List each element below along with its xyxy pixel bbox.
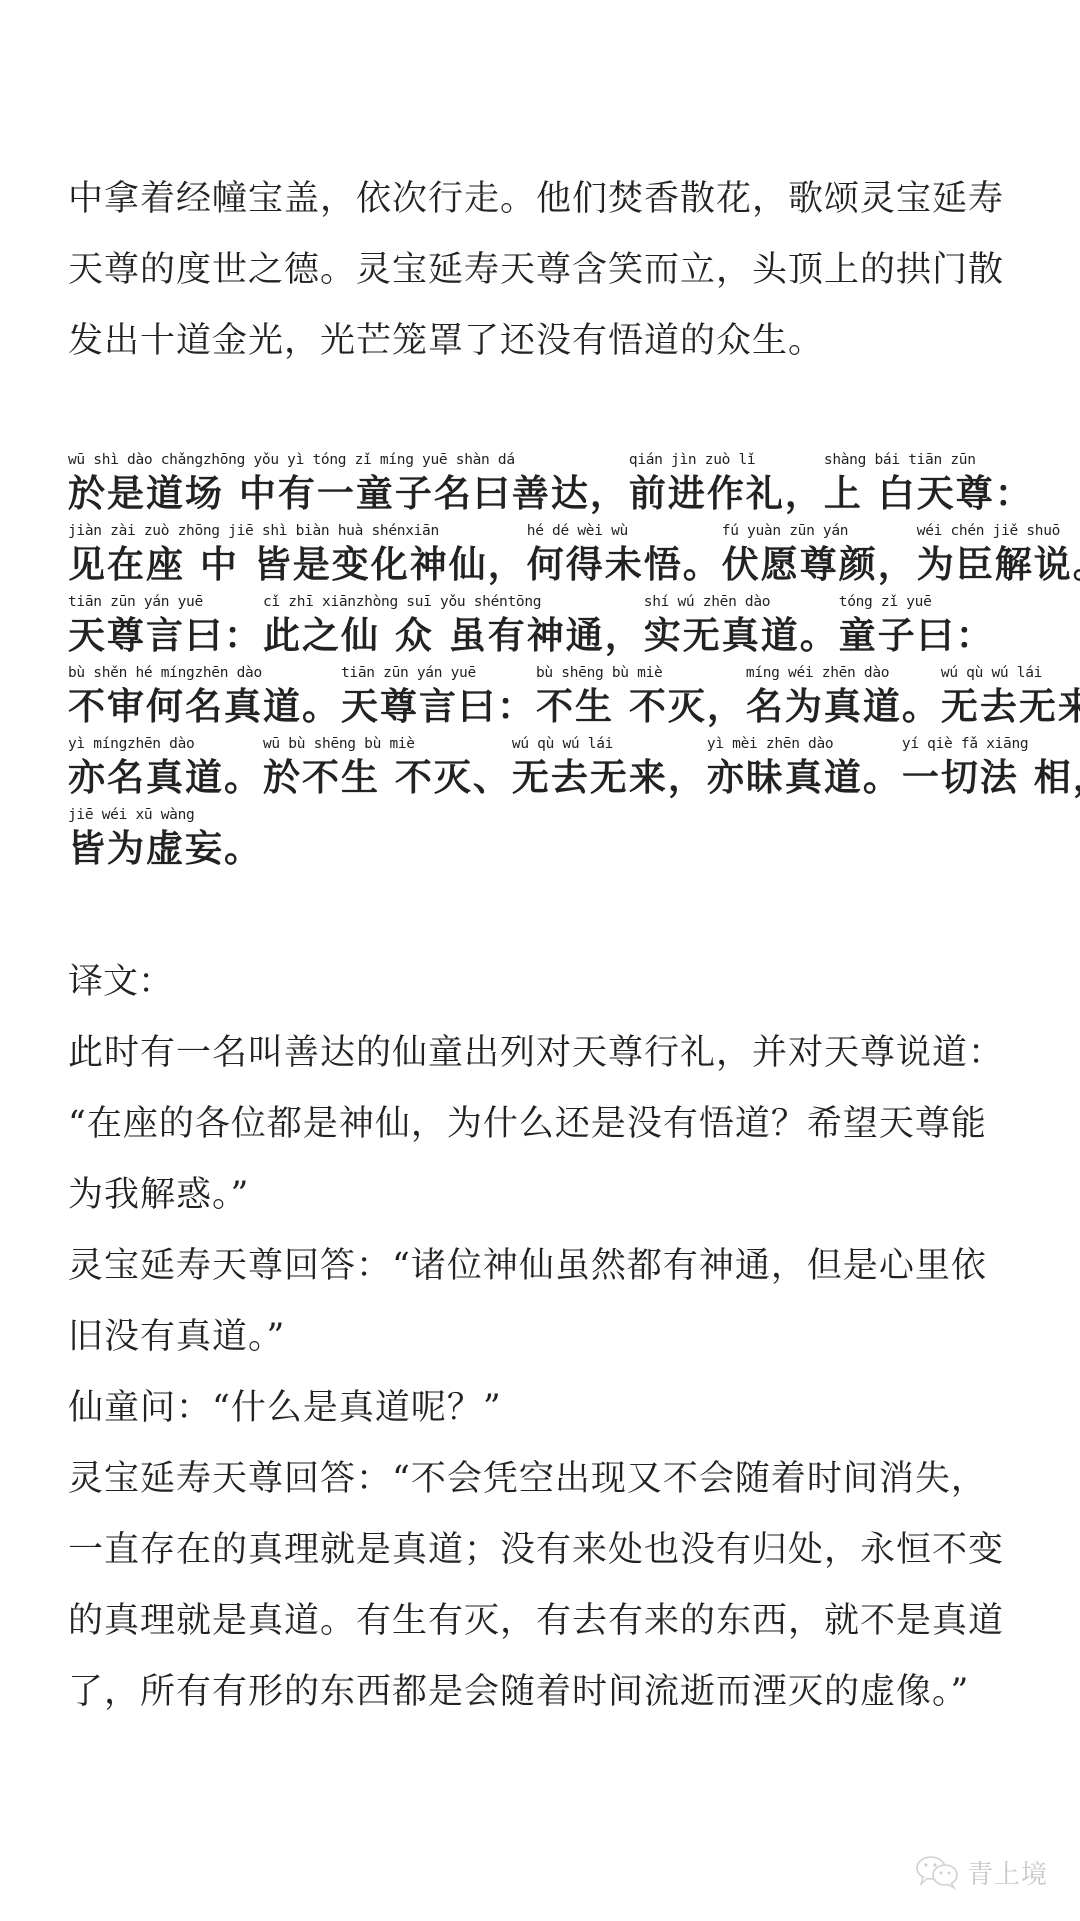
wechat-icon	[915, 1854, 961, 1890]
hanzi: 名为真道。	[746, 685, 941, 729]
pinyin: bù shěn hé míngzhēn dào	[68, 661, 341, 685]
scripture-row: jiē wéi xū wàng皆为虚妄。	[68, 803, 1048, 874]
translation-paragraph: 此时有一名叫善达的仙童出列对天尊行礼，并对天尊说道： “在座的各位都是神仙，为什…	[68, 1018, 1028, 1728]
paragraph-line: 为我解惑。”	[68, 1160, 1028, 1231]
paragraph-line: 的真理就是真道。有生有灭，有去有来的东西，就不是真道	[68, 1586, 1028, 1657]
scripture-phrase: shí wú zhēn dào实无真道。	[644, 590, 839, 658]
hanzi: 於不生 不灭、	[263, 756, 512, 800]
pinyin: cǐ zhī xiānzhòng suī yǒu shéntōng	[263, 590, 644, 614]
pinyin: wū bù shēng bù miè	[263, 732, 512, 756]
pinyin: jiē wéi xū wàng	[68, 803, 263, 827]
watermark-text: 青上境	[967, 1854, 1048, 1891]
scripture-phrase: míng wéi zhēn dào名为真道。	[746, 661, 941, 729]
scripture-phrase: jiàn zài zuò zhōng jiē shì biàn huà shén…	[68, 519, 527, 587]
paragraph-line: 了，所有有形的东西都是会随着时间流逝而湮灭的虚像。”	[68, 1657, 1028, 1728]
hanzi: 於是道场 中有一童子名曰善达，	[68, 472, 629, 516]
hanzi: 天尊言曰：	[68, 614, 263, 658]
scripture-row: tiān zūn yán yuē天尊言曰：cǐ zhī xiānzhòng su…	[68, 590, 1048, 661]
scripture-phrase: bù shēng bù miè不生 不灭，	[536, 661, 746, 729]
pinyin: wú qù wú lái	[941, 661, 1080, 685]
watermark: 青上境	[915, 1852, 1048, 1892]
scripture-phrase: jiē wéi xū wàng皆为虚妄。	[68, 803, 263, 871]
hanzi: 天尊言曰：	[341, 685, 536, 729]
hanzi: 为臣解说。	[917, 543, 1080, 587]
scripture-phrase: hé dé wèi wù何得未悟。	[527, 519, 722, 587]
hanzi: 亦名真道。	[68, 756, 263, 800]
pinyin: wú qù wú lái	[512, 732, 707, 756]
hanzi: 此之仙 众 虽有神通，	[263, 614, 644, 658]
paragraph-line: 仙童问：“什么是真道呢？”	[68, 1373, 1028, 1444]
hanzi: 前进作礼，	[629, 472, 824, 516]
scripture-phrase: yì mèi zhēn dào亦昧真道。	[707, 732, 902, 800]
scripture-phrase: wū bù shēng bù miè於不生 不灭、	[263, 732, 512, 800]
scripture-phrase: tóng zǐ yuē童子曰：	[839, 590, 995, 658]
paragraph-line: 灵宝延寿天尊回答：“不会凭空出现又不会随着时间消失，	[68, 1444, 1028, 1515]
pinyin: hé dé wèi wù	[527, 519, 722, 543]
hanzi: 皆为虚妄。	[68, 827, 263, 871]
scripture-phrase: cǐ zhī xiānzhòng suī yǒu shéntōng此之仙 众 虽…	[263, 590, 644, 658]
pinyin: qián jìn zuò lǐ	[629, 448, 824, 472]
scripture-row: wū shì dào chǎngzhōng yǒu yì tóng zǐ mín…	[68, 448, 1048, 519]
paragraph-line: 旧没有真道。”	[68, 1302, 1028, 1373]
scripture-phrase: wū shì dào chǎngzhōng yǒu yì tóng zǐ mín…	[68, 448, 629, 516]
hanzi: 何得未悟。	[527, 543, 722, 587]
pinyin: bù shēng bù miè	[536, 661, 746, 685]
hanzi: 亦昧真道。	[707, 756, 902, 800]
pinyin: míng wéi zhēn dào	[746, 661, 941, 685]
pinyin: tiān zūn yán yuē	[68, 590, 263, 614]
pinyin: tiān zūn yán yuē	[341, 661, 536, 685]
translation-heading: 译文：	[68, 947, 173, 1018]
paragraph-line: 天尊的度世之德。灵宝延寿天尊含笑而立，头顶上的拱门散	[68, 235, 1028, 306]
paragraph-line: 一直存在的真理就是真道；没有来处也没有归处，永恒不变	[68, 1515, 1028, 1586]
scripture-row: bù shěn hé míngzhēn dào不审何名真道。tiān zūn y…	[68, 661, 1048, 732]
paragraph-line: 灵宝延寿天尊回答：“诸位神仙虽然都有神通，但是心里依	[68, 1231, 1028, 1302]
pinyin: yì míngzhēn dào	[68, 732, 263, 756]
scripture-row: jiàn zài zuò zhōng jiē shì biàn huà shén…	[68, 519, 1048, 590]
scripture-with-pinyin: wū shì dào chǎngzhōng yǒu yì tóng zǐ mín…	[68, 448, 1048, 874]
pinyin: wū shì dào chǎngzhōng yǒu yì tóng zǐ mín…	[68, 448, 629, 472]
scripture-row: yì míngzhēn dào亦名真道。wū bù shēng bù miè於不…	[68, 732, 1048, 803]
paragraph-line: 此时有一名叫善达的仙童出列对天尊行礼，并对天尊说道：	[68, 1018, 1028, 1089]
scripture-phrase: shàng bái tiān zūn上 白天尊：	[824, 448, 1034, 516]
paragraph-line: “在座的各位都是神仙，为什么还是没有悟道？希望天尊能	[68, 1089, 1028, 1160]
hanzi: 伏愿尊颜，	[722, 543, 917, 587]
hanzi: 无去无来，	[941, 685, 1080, 729]
intro-paragraph: 中拿着经幢宝盖，依次行走。他们焚香散花，歌颂灵宝延寿 天尊的度世之德。灵宝延寿天…	[68, 164, 1028, 377]
article-page: 中拿着经幢宝盖，依次行走。他们焚香散花，歌颂灵宝延寿 天尊的度世之德。灵宝延寿天…	[0, 0, 1080, 1921]
pinyin: yì mèi zhēn dào	[707, 732, 902, 756]
hanzi: 实无真道。	[644, 614, 839, 658]
scripture-phrase: tiān zūn yán yuē天尊言曰：	[68, 590, 263, 658]
pinyin: shàng bái tiān zūn	[824, 448, 1034, 472]
pinyin: wéi chén jiě shuō	[917, 519, 1080, 543]
scripture-phrase: wú qù wú lái无去无来，	[941, 661, 1080, 729]
hanzi: 一切法 相，	[902, 756, 1080, 800]
scripture-phrase: fú yuàn zūn yán伏愿尊颜，	[722, 519, 917, 587]
hanzi: 见在座 中 皆是变化神仙，	[68, 543, 527, 587]
scripture-phrase: wéi chén jiě shuō为臣解说。	[917, 519, 1080, 587]
scripture-phrase: wú qù wú lái无去无来，	[512, 732, 707, 800]
pinyin: jiàn zài zuò zhōng jiē shì biàn huà shén…	[68, 519, 527, 543]
scripture-phrase: tiān zūn yán yuē天尊言曰：	[341, 661, 536, 729]
hanzi: 不审何名真道。	[68, 685, 341, 729]
paragraph-line: 中拿着经幢宝盖，依次行走。他们焚香散花，歌颂灵宝延寿	[68, 164, 1028, 235]
hanzi: 童子曰：	[839, 614, 995, 658]
hanzi: 上 白天尊：	[824, 472, 1034, 516]
paragraph-line: 发出十道金光，光芒笼罩了还没有悟道的众生。	[68, 306, 1028, 377]
pinyin: yí qiè fǎ xiāng	[902, 732, 1080, 756]
pinyin: shí wú zhēn dào	[644, 590, 839, 614]
scripture-phrase: yì míngzhēn dào亦名真道。	[68, 732, 263, 800]
scripture-phrase: bù shěn hé míngzhēn dào不审何名真道。	[68, 661, 341, 729]
scripture-phrase: yí qiè fǎ xiāng一切法 相，	[902, 732, 1080, 800]
hanzi: 不生 不灭，	[536, 685, 746, 729]
pinyin: tóng zǐ yuē	[839, 590, 995, 614]
hanzi: 无去无来，	[512, 756, 707, 800]
scripture-phrase: qián jìn zuò lǐ前进作礼，	[629, 448, 824, 516]
pinyin: fú yuàn zūn yán	[722, 519, 917, 543]
